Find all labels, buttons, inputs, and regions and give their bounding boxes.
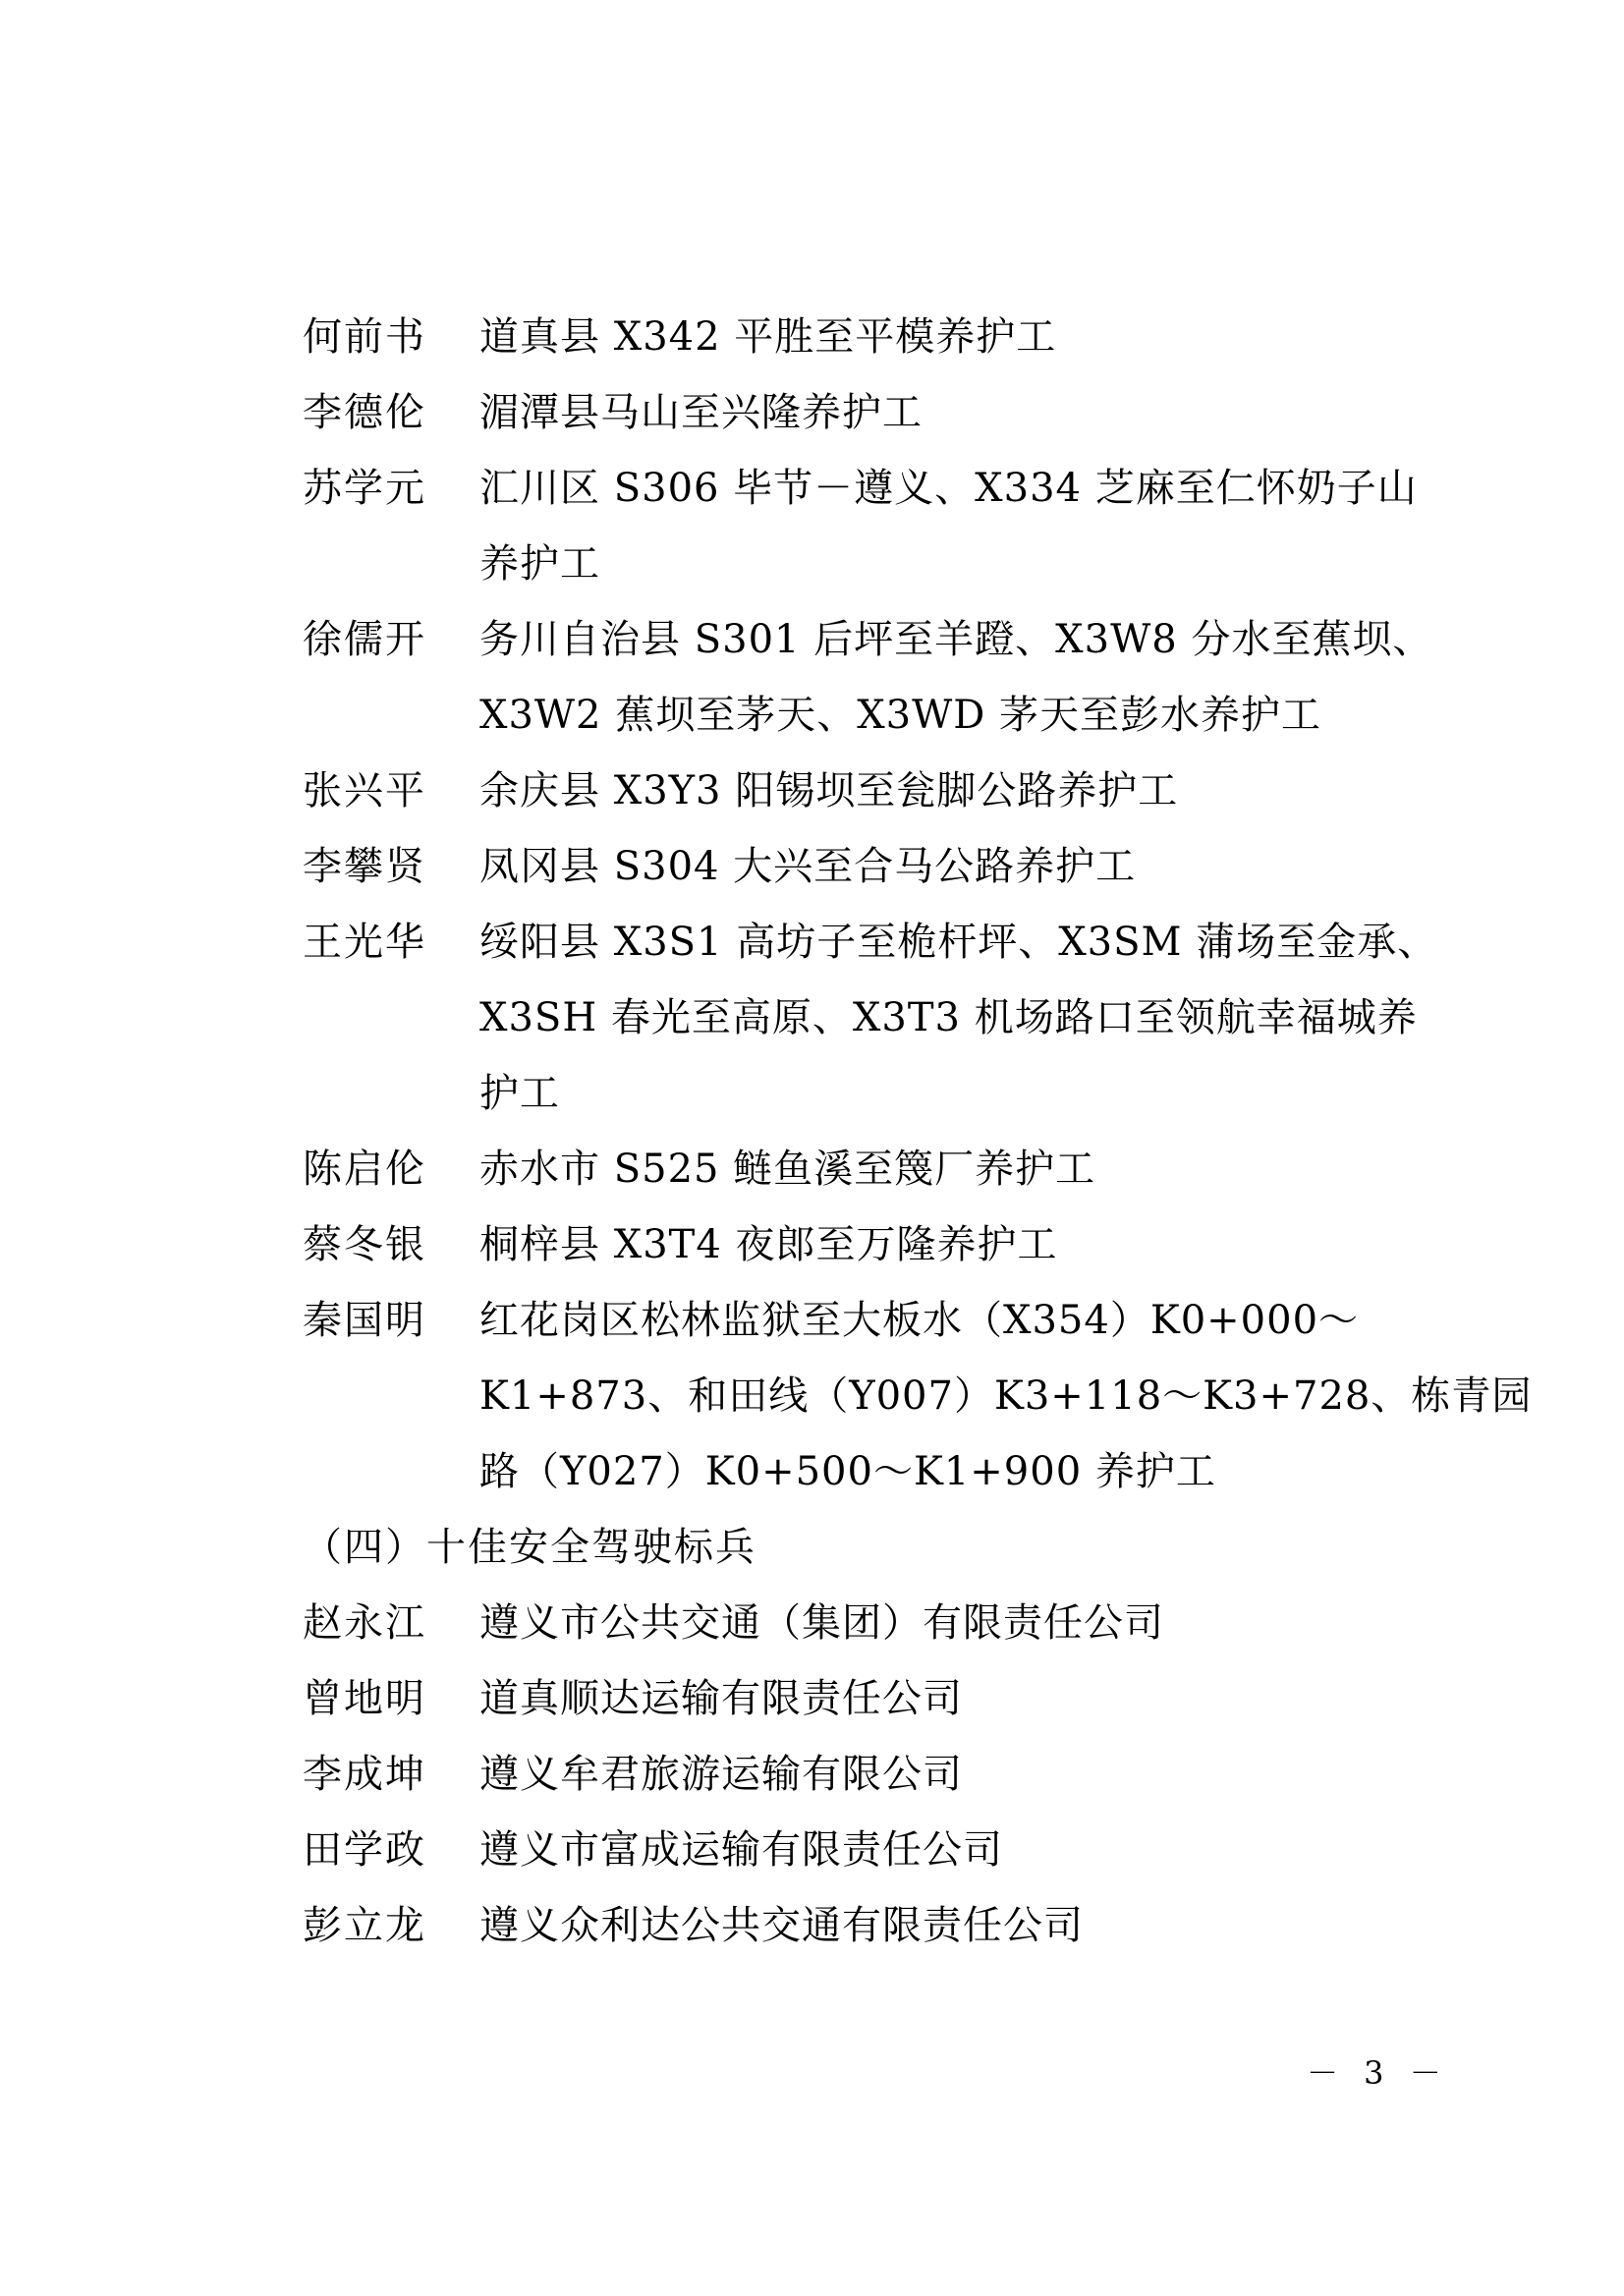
section-heading: （四）十佳安全驾驶标兵 [303,1510,1442,1586]
list-item: 蔡冬银 桐梓县 X3T4 夜郎至万隆养护工 [303,1207,1442,1283]
entry-description: 遵义市公共交通（集团）有限责任公司 [479,1586,1442,1661]
list-item: 苏学元 汇川区 S306 毕节－遵义、X334 芝麻至仁怀奶子山 养护工 [303,451,1442,602]
person-name: 秦国明 [303,1283,479,1359]
list-item: 田学政 遵义市富成运输有限责任公司 [303,1813,1442,1888]
list-item: 李德伦 湄潭县马山至兴隆养护工 [303,375,1442,451]
entry-description: 桐梓县 X3T4 夜郎至万隆养护工 [479,1207,1442,1283]
person-name: 田学政 [303,1813,479,1888]
description-line: X3W2 蕉坝至茅天、X3WD 茅天至彭水养护工 [479,678,1442,754]
person-name: 李德伦 [303,375,479,451]
description-line: X3SH 春光至高原、X3T3 机场路口至领航幸福城养 [479,980,1442,1056]
entry-description: 遵义牟君旅游运输有限公司 [479,1737,1442,1813]
list-item: 徐儒开 务川自治县 S301 后坪至羊蹬、X3W8 分水至蕉坝、 X3W2 蕉坝… [303,602,1442,754]
entry-description: 道真顺达运输有限责任公司 [479,1661,1442,1737]
document-page: 何前书 道真县 X342 平胜至平模养护工 李德伦 湄潭县马山至兴隆养护工 苏学… [0,0,1624,2296]
person-name: 张兴平 [303,754,479,829]
person-name: 曾地明 [303,1661,479,1737]
description-line: 余庆县 X3Y3 阳锡坝至瓮脚公路养护工 [479,754,1442,829]
list-item: 李攀贤 凤冈县 S304 大兴至合马公路养护工 [303,829,1442,905]
list-item: 张兴平 余庆县 X3Y3 阳锡坝至瓮脚公路养护工 [303,754,1442,829]
entry-description: 遵义市富成运输有限责任公司 [479,1813,1442,1888]
company-line: 道真顺达运输有限责任公司 [479,1661,1442,1737]
entry-description: 湄潭县马山至兴隆养护工 [479,375,1442,451]
person-name: 李攀贤 [303,829,479,905]
document-body: 何前书 道真县 X342 平胜至平模养护工 李德伦 湄潭县马山至兴隆养护工 苏学… [303,300,1442,1964]
entry-description: 红花岗区松林监狱至大板水（X354）K0+000～ K1+873、和田线（Y00… [479,1283,1532,1510]
entry-description: 绥阳县 X3S1 高坊子至桅杆坪、X3SM 蒲场至金承、 X3SH 春光至高原、… [479,905,1442,1132]
page-number: － 3 － [1307,2053,1449,2093]
person-name: 蔡冬银 [303,1207,479,1283]
list-item: 赵永江 遵义市公共交通（集团）有限责任公司 [303,1586,1442,1661]
description-line: 路（Y027）K0+500～K1+900 养护工 [479,1434,1532,1510]
list-item: 李成坤 遵义牟君旅游运输有限公司 [303,1737,1442,1813]
description-line: K1+873、和田线（Y007）K3+118～K3+728、栋青园 [479,1359,1532,1434]
entry-description: 遵义众利达公共交通有限责任公司 [479,1888,1442,1964]
description-line: 凤冈县 S304 大兴至合马公路养护工 [479,829,1442,905]
person-name: 李成坤 [303,1737,479,1813]
company-line: 遵义市富成运输有限责任公司 [479,1813,1442,1888]
entry-description: 道真县 X342 平胜至平模养护工 [479,300,1442,375]
list-item: 彭立龙 遵义众利达公共交通有限责任公司 [303,1888,1442,1964]
description-line: 赤水市 S525 鲢鱼溪至篾厂养护工 [479,1132,1442,1207]
person-name: 彭立龙 [303,1888,479,1964]
description-line: 汇川区 S306 毕节－遵义、X334 芝麻至仁怀奶子山 [479,451,1442,527]
description-line: 湄潭县马山至兴隆养护工 [479,375,1442,451]
entry-description: 赤水市 S525 鲢鱼溪至篾厂养护工 [479,1132,1442,1207]
list-item: 何前书 道真县 X342 平胜至平模养护工 [303,300,1442,375]
list-item: 曾地明 道真顺达运输有限责任公司 [303,1661,1442,1737]
company-line: 遵义市公共交通（集团）有限责任公司 [479,1586,1442,1661]
list-item: 王光华 绥阳县 X3S1 高坊子至桅杆坪、X3SM 蒲场至金承、 X3SH 春光… [303,905,1442,1132]
description-line: 务川自治县 S301 后坪至羊蹬、X3W8 分水至蕉坝、 [479,602,1442,678]
person-name: 赵永江 [303,1586,479,1661]
description-line: 护工 [479,1056,1442,1132]
person-name: 何前书 [303,300,479,375]
person-name: 徐儒开 [303,602,479,678]
description-line: 红花岗区松林监狱至大板水（X354）K0+000～ [479,1283,1532,1359]
person-name: 苏学元 [303,451,479,527]
entry-description: 凤冈县 S304 大兴至合马公路养护工 [479,829,1442,905]
entry-description: 汇川区 S306 毕节－遵义、X334 芝麻至仁怀奶子山 养护工 [479,451,1442,602]
list-item: 陈启伦 赤水市 S525 鲢鱼溪至篾厂养护工 [303,1132,1442,1207]
person-name: 陈启伦 [303,1132,479,1207]
description-line: 桐梓县 X3T4 夜郎至万隆养护工 [479,1207,1442,1283]
company-line: 遵义众利达公共交通有限责任公司 [479,1888,1442,1964]
entry-description: 务川自治县 S301 后坪至羊蹬、X3W8 分水至蕉坝、 X3W2 蕉坝至茅天、… [479,602,1442,754]
entry-description: 余庆县 X3Y3 阳锡坝至瓮脚公路养护工 [479,754,1442,829]
person-name: 王光华 [303,905,479,980]
description-line: 道真县 X342 平胜至平模养护工 [479,300,1442,375]
description-line: 绥阳县 X3S1 高坊子至桅杆坪、X3SM 蒲场至金承、 [479,905,1442,980]
company-line: 遵义牟君旅游运输有限公司 [479,1737,1442,1813]
list-item: 秦国明 红花岗区松林监狱至大板水（X354）K0+000～ K1+873、和田线… [303,1283,1442,1510]
description-line: 养护工 [479,527,1442,602]
